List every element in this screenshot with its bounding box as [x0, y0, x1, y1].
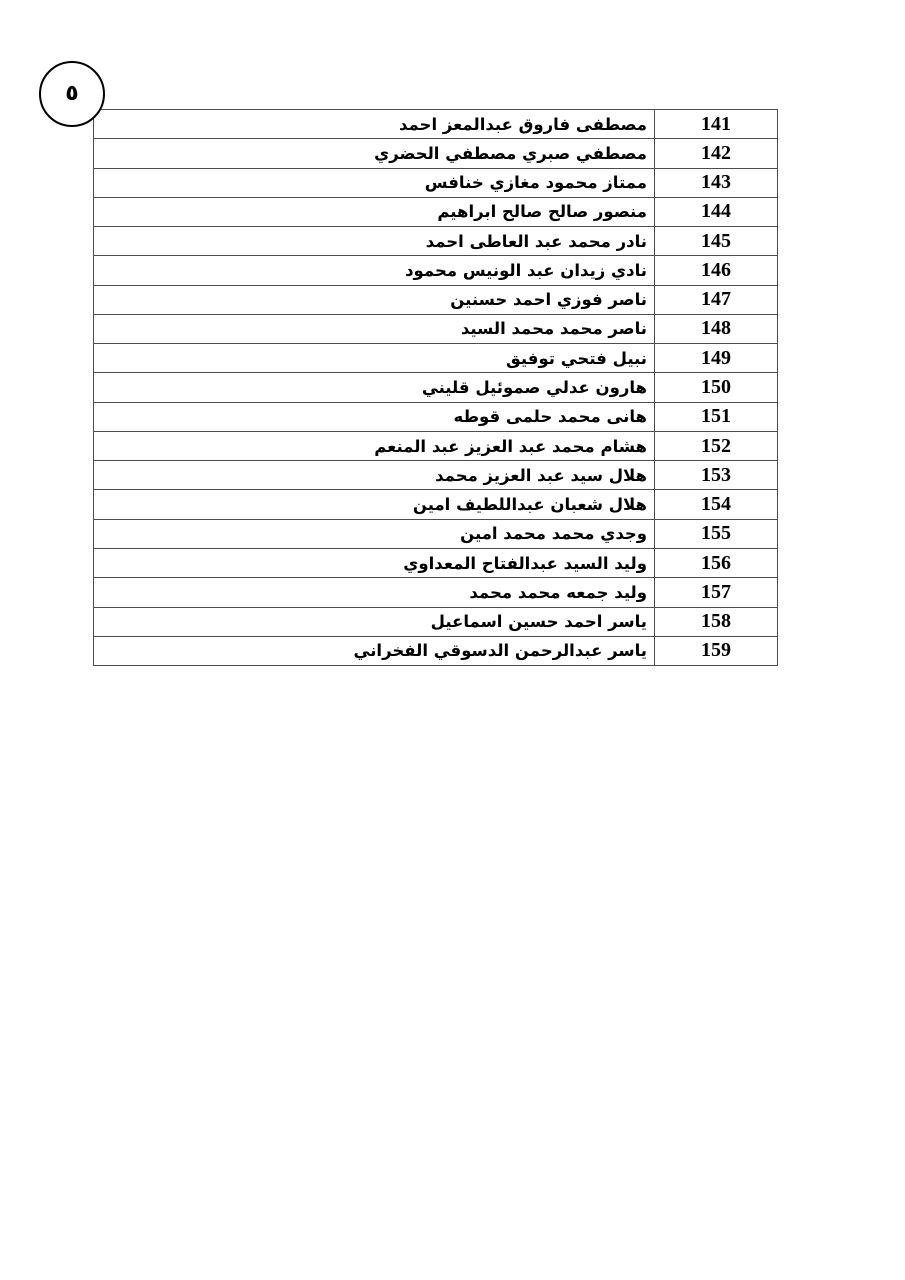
- row-number: 156: [654, 549, 777, 577]
- row-name: هارون عدلي صموئيل قليني: [94, 373, 654, 401]
- row-name: وليد جمعه محمد محمد: [94, 578, 654, 606]
- table-row: ياسر احمد حسين اسماعيل 158: [94, 608, 777, 637]
- row-number: 145: [654, 227, 777, 255]
- row-number: 150: [654, 373, 777, 401]
- row-number: 147: [654, 286, 777, 314]
- table-row: ياسر عبدالرحمن الدسوقي الفخراني 159: [94, 637, 777, 665]
- table-row: هارون عدلي صموئيل قليني 150: [94, 373, 777, 402]
- table-row: نبيل فتحي توفيق 149: [94, 344, 777, 373]
- row-name: هلال شعبان عبداللطيف امين: [94, 490, 654, 518]
- row-name: وجدي محمد محمد امين: [94, 520, 654, 548]
- row-number: 153: [654, 461, 777, 489]
- row-name: نادي زيدان عبد الونيس محمود: [94, 256, 654, 284]
- table-row: منصور صالح صالح ابراهيم 144: [94, 198, 777, 227]
- row-number: 157: [654, 578, 777, 606]
- table-row: وليد جمعه محمد محمد 157: [94, 578, 777, 607]
- row-name: هانى محمد حلمى قوطه: [94, 403, 654, 431]
- row-name: هشام محمد عبد العزيز عبد المنعم: [94, 432, 654, 460]
- table-row: هلال سيد عبد العزيز محمد 153: [94, 461, 777, 490]
- document-page: ٥ مصطفى فاروق عبدالمعز احمد 141 مصطفي صب…: [0, 0, 905, 1280]
- row-number: 159: [654, 637, 777, 665]
- row-name: هلال سيد عبد العزيز محمد: [94, 461, 654, 489]
- table-row: ناصر محمد محمد السيد 148: [94, 315, 777, 344]
- row-number: 158: [654, 608, 777, 636]
- row-number: 143: [654, 169, 777, 197]
- page-number-circle: ٥: [39, 61, 105, 127]
- row-name: مصطفى فاروق عبدالمعز احمد: [94, 110, 654, 138]
- table-row: ممتاز محمود مغازي خنافس 143: [94, 169, 777, 198]
- table-row: هلال شعبان عبداللطيف امين 154: [94, 490, 777, 519]
- row-number: 142: [654, 139, 777, 167]
- row-name: ياسر عبدالرحمن الدسوقي الفخراني: [94, 637, 654, 665]
- row-name: نادر محمد عبد العاطى احمد: [94, 227, 654, 255]
- table-row: مصطفي صبري مصطفي الحضري 142: [94, 139, 777, 168]
- row-number: 151: [654, 403, 777, 431]
- row-name: وليد السيد عبدالفتاح المعداوي: [94, 549, 654, 577]
- row-name: مصطفي صبري مصطفي الحضري: [94, 139, 654, 167]
- row-number: 155: [654, 520, 777, 548]
- table-row: مصطفى فاروق عبدالمعز احمد 141: [94, 110, 777, 139]
- row-number: 148: [654, 315, 777, 343]
- row-name: نبيل فتحي توفيق: [94, 344, 654, 372]
- row-number: 149: [654, 344, 777, 372]
- table-row: وجدي محمد محمد امين 155: [94, 520, 777, 549]
- table-row: وليد السيد عبدالفتاح المعداوي 156: [94, 549, 777, 578]
- page-number: ٥: [65, 83, 78, 105]
- row-number: 141: [654, 110, 777, 138]
- row-name: ناصر محمد محمد السيد: [94, 315, 654, 343]
- row-number: 152: [654, 432, 777, 460]
- row-name: ياسر احمد حسين اسماعيل: [94, 608, 654, 636]
- row-name: ممتاز محمود مغازي خنافس: [94, 169, 654, 197]
- row-name: ناصر فوزي احمد حسنين: [94, 286, 654, 314]
- table-row: هشام محمد عبد العزيز عبد المنعم 152: [94, 432, 777, 461]
- row-number: 146: [654, 256, 777, 284]
- row-number: 144: [654, 198, 777, 226]
- roster-table: مصطفى فاروق عبدالمعز احمد 141 مصطفي صبري…: [93, 109, 778, 666]
- table-row: نادر محمد عبد العاطى احمد 145: [94, 227, 777, 256]
- row-number: 154: [654, 490, 777, 518]
- row-name: منصور صالح صالح ابراهيم: [94, 198, 654, 226]
- table-row: نادي زيدان عبد الونيس محمود 146: [94, 256, 777, 285]
- table-row: ناصر فوزي احمد حسنين 147: [94, 286, 777, 315]
- table-row: هانى محمد حلمى قوطه 151: [94, 403, 777, 432]
